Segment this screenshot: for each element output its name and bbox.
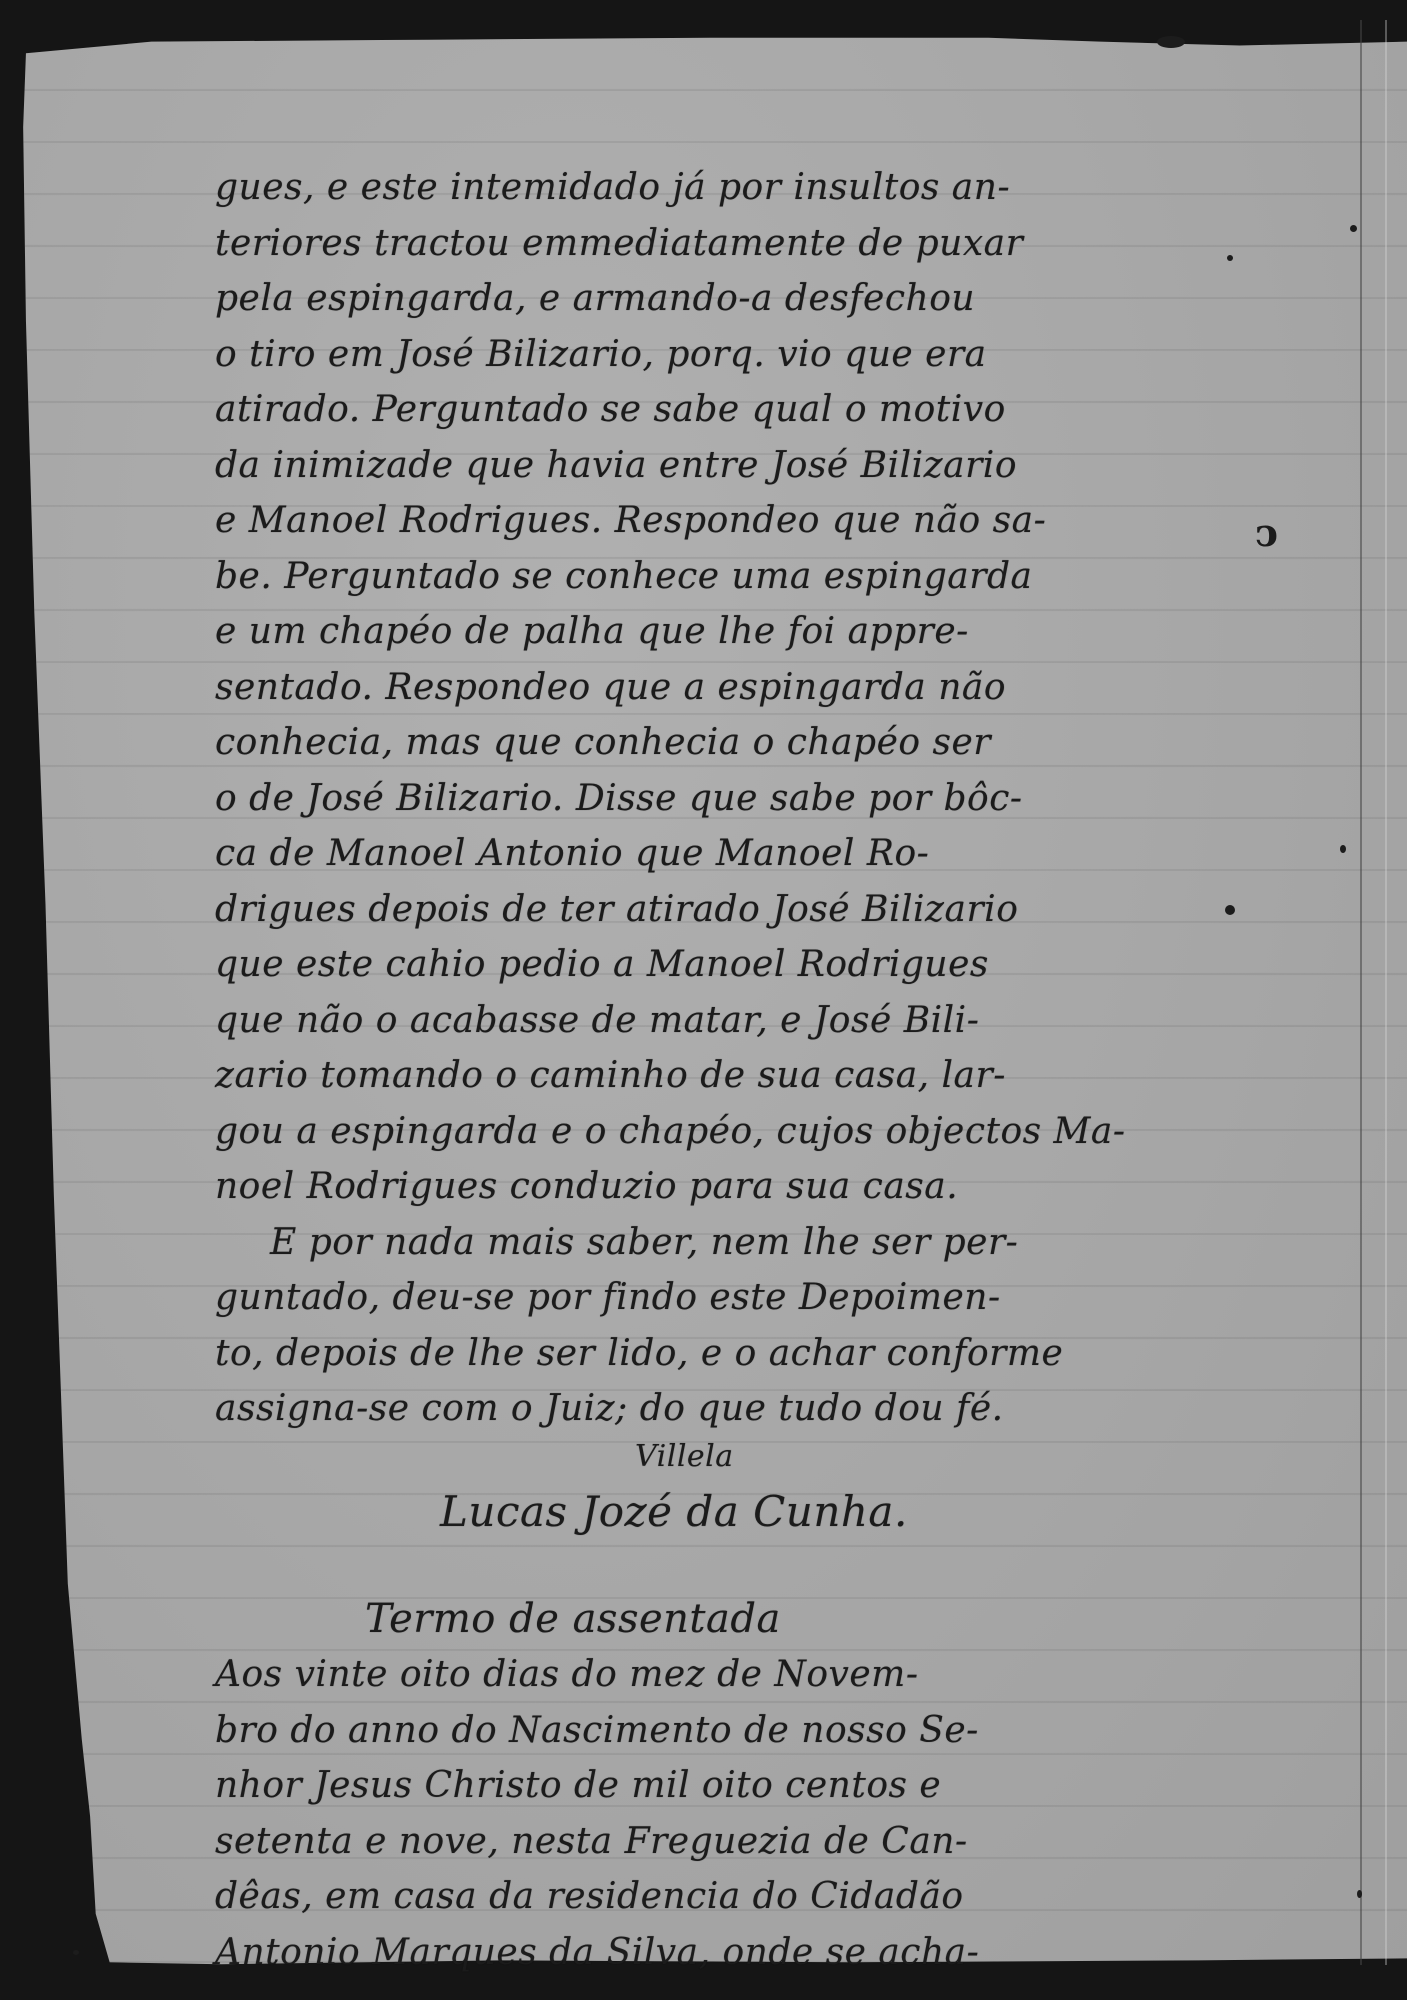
text-line: be. Perguntado se conhece uma espingarda — [215, 549, 1205, 605]
text-line: da inimizade que havia entre José Biliza… — [215, 438, 1205, 494]
text-line: zario tomando o caminho de sua casa, lar… — [215, 1048, 1205, 1104]
text-line: assigna-se com o Juiz; do que tudo dou f… — [215, 1381, 1205, 1437]
text-line: setenta e nove, nesta Freguezia de Can- — [215, 1814, 1205, 1870]
ink-spot — [1357, 1890, 1362, 1898]
text-line: gues, e este intemidado já por insultos … — [215, 160, 1205, 216]
text-line: bro do anno do Nascimento de nosso Se- — [215, 1703, 1205, 1759]
manuscript-text: gues, e este intemidado já por insultos … — [215, 160, 1205, 1980]
text-line: conhecia, mas que conhecia o chapéo ser — [215, 715, 1205, 771]
text-line: noel Rodrigues conduzio para sua casa. — [215, 1159, 1205, 1215]
text-line: ca de Manoel Antonio que Manoel Ro- — [215, 826, 1205, 882]
text-line: Antonio Marques da Silva, onde se acha- — [215, 1925, 1205, 1981]
signature-witness: Lucas Jozé da Cunha. — [215, 1477, 1205, 1547]
text-line: nhor Jesus Christo de mil oito centos e — [215, 1758, 1205, 1814]
text-line: que não o acabasse de matar, e José Bili… — [215, 993, 1205, 1049]
ink-spot — [1350, 225, 1357, 232]
text-line: teriores tractou emmediatamente de puxar — [215, 216, 1205, 272]
text-line: to, depois de lhe ser lido, e o achar co… — [215, 1326, 1205, 1382]
text-line: que este cahio pedio a Manoel Rodrigues — [215, 937, 1205, 993]
text-line: e um chapéo de palha que lhe foi appre- — [215, 604, 1205, 660]
signature-judge: Villela — [215, 1437, 1205, 1477]
ink-blot-top — [1157, 36, 1185, 48]
text-line: sentado. Respondeo que a espingarda não — [215, 660, 1205, 716]
section-heading: Termo de assentada — [215, 1592, 1205, 1648]
margin-mark: ↄ — [1255, 510, 1278, 555]
page-fold-line — [1360, 20, 1362, 1965]
text-line: guntado, deu-se por findo este Depoimen- — [215, 1270, 1205, 1326]
section-spacer — [215, 1547, 1205, 1592]
text-line: E por nada mais saber, nem lhe ser per- — [215, 1215, 1205, 1271]
text-line: dêas, em casa da residencia do Cidadão — [215, 1869, 1205, 1925]
text-line: o tiro em José Bilizario, porq. vio que … — [215, 327, 1205, 383]
page-edge-highlight — [1385, 20, 1387, 1965]
text-line: gou a espingarda e o chapéo, cujos objec… — [215, 1104, 1205, 1160]
text-line: pela espingarda, e armando-a desfechou — [215, 271, 1205, 327]
ink-spot — [1227, 255, 1233, 261]
text-line: drigues depois de ter atirado José Biliz… — [215, 882, 1205, 938]
ink-spot — [1340, 845, 1346, 853]
text-line: atirado. Perguntado se sabe qual o motiv… — [215, 382, 1205, 438]
ink-spot — [73, 1950, 79, 1955]
ink-spot — [1225, 905, 1235, 915]
text-line: Aos vinte oito dias do mez de Novem- — [215, 1647, 1205, 1703]
text-line: o de José Bilizario. Disse que sabe por … — [215, 771, 1205, 827]
text-line: e Manoel Rodrigues. Respondeo que não sa… — [215, 493, 1205, 549]
